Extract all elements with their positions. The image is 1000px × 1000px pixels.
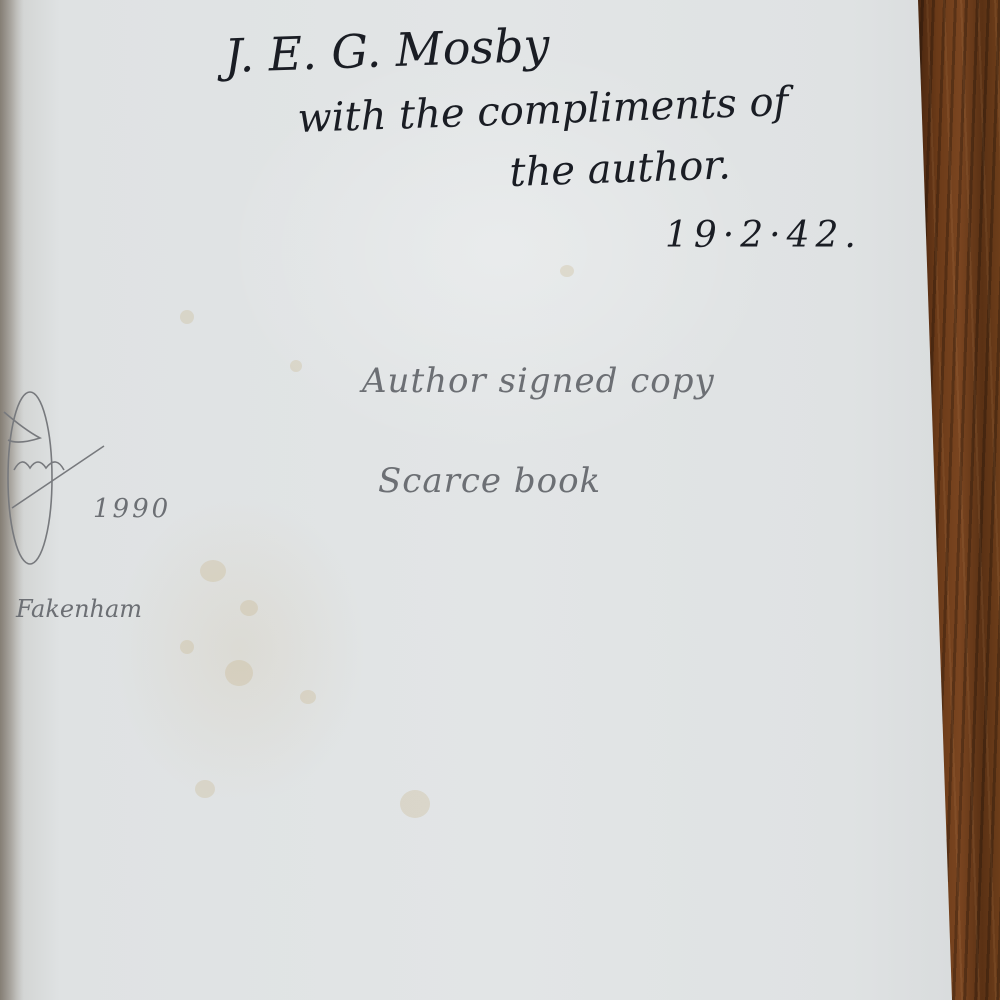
pencil-note-scarce-book: Scarce book <box>378 461 601 501</box>
inscription-line-1: with the compliments of <box>297 79 795 142</box>
handwriting-layer: J. E. G. Mosby with the compliments of t… <box>0 0 1000 1000</box>
margin-note-place: Fakenham <box>15 595 142 623</box>
book-photo: J. E. G. Mosby with the compliments of t… <box>0 0 1000 1000</box>
inscription-recipient: J. E. G. Mosby <box>216 18 552 84</box>
inscription-line-2: the author. <box>509 142 732 196</box>
inscription-date: 19·2·42. <box>665 215 862 256</box>
margin-initial-mark <box>4 392 104 564</box>
pencil-note-signed-copy: Author signed copy <box>359 361 715 401</box>
margin-note-year: 1990 <box>93 494 171 524</box>
